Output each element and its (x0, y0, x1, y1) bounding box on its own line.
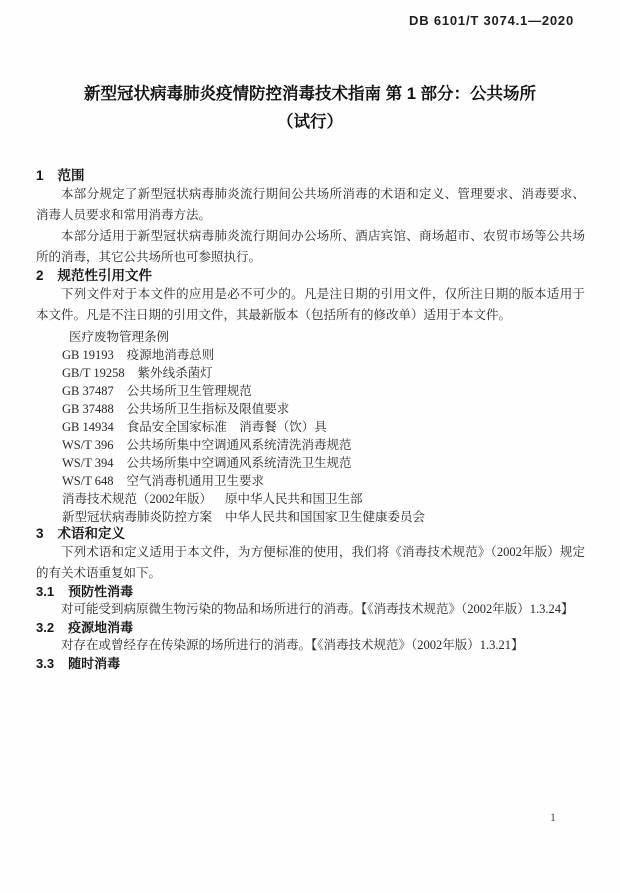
reference-item: GB 19193疫源地消毒总则 (62, 346, 585, 364)
reference-item: WS/T 648空气消毒机通用卫生要求 (62, 472, 585, 490)
document-title-line1: 新型冠状病毒肺炎疫情防控消毒技术指南 第 1 部分：公共场所 (0, 80, 620, 108)
reference-code: 消毒技术规范（2002年版） (62, 492, 212, 506)
document-body: 1范围 本部分规定了新型冠状病毒肺炎流行期间公共场所消毒的术语和定义、管理要求、… (36, 168, 585, 671)
reference-code: GB 19193 (62, 348, 114, 362)
reference-item: 医疗废物管理条例 (62, 328, 585, 346)
reference-name: 公共场所集中空调通风系统清洗卫生规范 (127, 456, 352, 470)
reference-name: 公共场所集中空调通风系统清洗消毒规范 (127, 438, 352, 452)
section-number: 1 (36, 168, 44, 183)
section-heading-terms: 3术语和定义 (36, 526, 585, 542)
section-number: 2 (36, 268, 44, 283)
page-number: 1 (550, 810, 556, 825)
reference-name: 医疗废物管理条例 (69, 330, 169, 344)
section-title: 规范性引用文件 (58, 268, 153, 283)
reference-name: 空气消毒机通用卫生要求 (127, 474, 265, 488)
reference-name: 公共场所卫生管理规范 (127, 384, 252, 398)
reference-item: GB 37488公共场所卫生指标及限值要求 (62, 400, 585, 418)
references-intro: 下列文件对于本文件的应用是必不可少的。凡是注日期的引用文件，仅所注日期的版本适用… (36, 284, 585, 326)
reference-name: 紫外线杀菌灯 (138, 366, 213, 380)
term-definition-3-1: 对可能受到病原微生物污染的物品和场所进行的消毒。【《消毒技术规范》（2002年版… (36, 599, 585, 620)
terms-intro: 下列术语和定义适用于本文件，为方便标准的使用，我们将《消毒技术规范》（2002年… (36, 542, 585, 584)
term-title: 疫源地消毒 (68, 620, 133, 635)
reference-name: 原中华人民共和国卫生部 (225, 492, 363, 506)
reference-item: GB 14934食品安全国家标准 消毒餐（饮）具 (62, 418, 585, 436)
term-number: 3.3 (36, 656, 54, 671)
reference-code: GB 14934 (62, 420, 114, 434)
section-title: 术语和定义 (58, 526, 126, 541)
reference-code: WS/T 394 (62, 456, 114, 470)
term-number: 3.2 (36, 620, 54, 635)
scope-paragraph-1: 本部分规定了新型冠状病毒肺炎流行期间公共场所消毒的术语和定义、管理要求、消毒要求… (36, 184, 585, 226)
reference-item: GB 37487公共场所卫生管理规范 (62, 382, 585, 400)
document-title-line2: （试行） (0, 108, 620, 136)
term-heading-3-2: 3.2疫源地消毒 (36, 620, 585, 635)
reference-code: GB 37488 (62, 402, 114, 416)
reference-item: 新型冠状病毒肺炎防控方案中华人民共和国国家卫生健康委员会 (62, 508, 585, 526)
reference-item: WS/T 396公共场所集中空调通风系统清洗消毒规范 (62, 436, 585, 454)
term-number: 3.1 (36, 584, 54, 599)
term-title: 随时消毒 (68, 656, 120, 671)
term-heading-3-3: 3.3随时消毒 (36, 656, 585, 671)
reference-item: GB/T 19258紫外线杀菌灯 (62, 364, 585, 382)
reference-name: 公共场所卫生指标及限值要求 (127, 402, 290, 416)
section-heading-references: 2规范性引用文件 (36, 268, 585, 284)
reference-name: 中华人民共和国国家卫生健康委员会 (225, 510, 425, 524)
section-heading-scope: 1范围 (36, 168, 585, 184)
reference-name: 食品安全国家标准 消毒餐（饮）具 (127, 420, 327, 434)
reference-item: 消毒技术规范（2002年版）原中华人民共和国卫生部 (62, 490, 585, 508)
doc-number: DB 6101/T 3074.1—2020 (409, 13, 574, 28)
document-title: 新型冠状病毒肺炎疫情防控消毒技术指南 第 1 部分：公共场所 （试行） (0, 80, 620, 136)
reference-code: WS/T 648 (62, 474, 114, 488)
reference-code: 新型冠状病毒肺炎防控方案 (62, 510, 212, 524)
reference-code: GB 37487 (62, 384, 114, 398)
reference-list: 医疗废物管理条例 GB 19193疫源地消毒总则 GB/T 19258紫外线杀菌… (36, 328, 585, 526)
section-number: 3 (36, 526, 44, 541)
section-title: 范围 (58, 168, 85, 183)
scope-paragraph-2: 本部分适用于新型冠状病毒肺炎流行期间办公场所、酒店宾馆、商场超市、农贸市场等公共… (36, 226, 585, 268)
document-page: DB 6101/T 3074.1—2020 新型冠状病毒肺炎疫情防控消毒技术指南… (0, 0, 620, 893)
term-heading-3-1: 3.1预防性消毒 (36, 584, 585, 599)
reference-name: 疫源地消毒总则 (127, 348, 215, 362)
reference-code: WS/T 396 (62, 438, 114, 452)
reference-code: GB/T 19258 (62, 366, 125, 380)
term-definition-3-2: 对存在或曾经存在传染源的场所进行的消毒。【《消毒技术规范》（2002年版）1.3… (36, 635, 585, 656)
reference-item: WS/T 394公共场所集中空调通风系统清洗卫生规范 (62, 454, 585, 472)
term-title: 预防性消毒 (68, 584, 133, 599)
